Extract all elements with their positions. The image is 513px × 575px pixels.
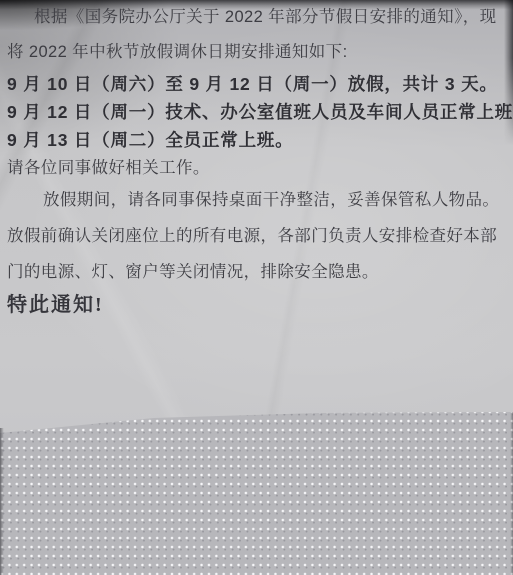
intro-paragraph: 根据《国务院办公厅关于 2022 年部分节假日安排的通知》，现将 2022 年中… (7, 0, 503, 70)
holiday-dates-line: 9 月 10 日（周六）至 9 月 12 日（周一）放假，共计 3 天。 (7, 70, 503, 98)
reminder-line: 请各位同事做好相关工作。 (7, 154, 503, 182)
closing-line: 特此通知! (7, 290, 503, 320)
housekeeping-paragraph: 放假期间，请各同事保持桌面干净整洁，妥善保管私人物品。放假前确认关闭座位上的所有… (7, 182, 503, 290)
full-work-line: 9 月 13 日（周二）全员正常上班。 (7, 126, 503, 154)
notice-photo: 根据《国务院办公厅关于 2022 年部分节假日安排的通知》，现将 2022 年中… (0, 0, 513, 575)
notice-content: 根据《国务院办公厅关于 2022 年部分节假日安排的通知》，现将 2022 年中… (0, 0, 513, 575)
duty-schedule-line: 9 月 12 日（周一）技术、办公室值班人员及车间人员正常上班。 (7, 98, 503, 126)
